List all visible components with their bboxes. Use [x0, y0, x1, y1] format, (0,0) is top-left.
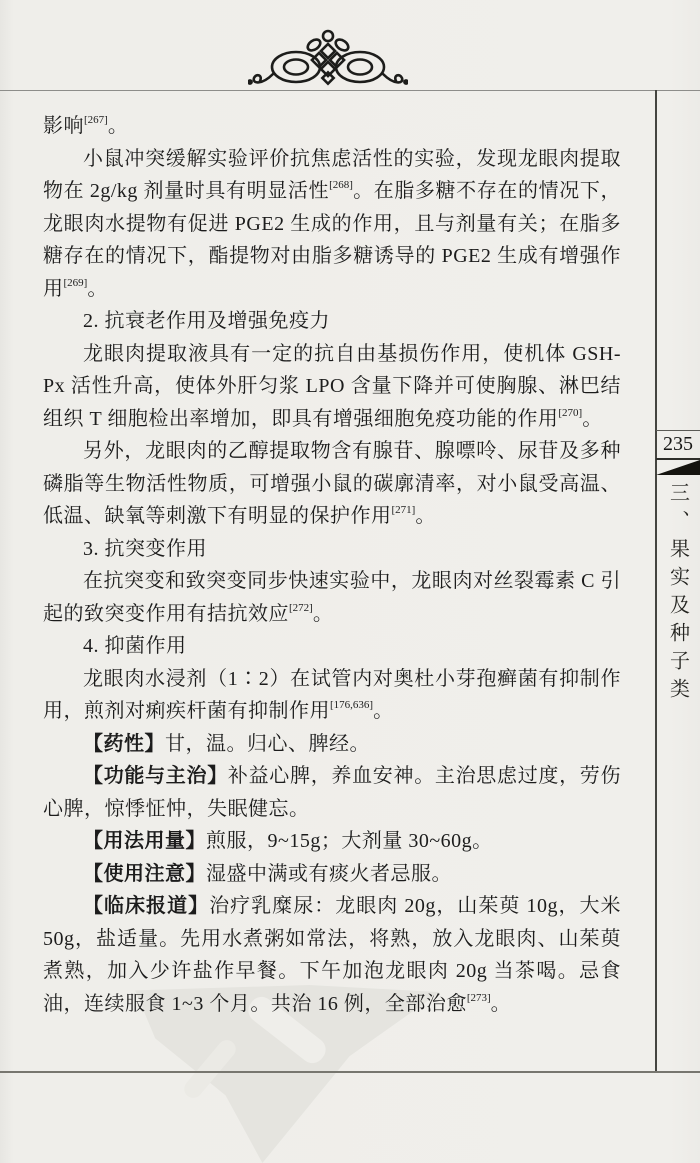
bottom-rule [0, 1071, 700, 1073]
text-run: 。 [582, 408, 603, 430]
text-block-paragraph: 在抗突变和致突变同步快速实验中，龙眼肉对丝裂霉素 C 引起的致突变作用有拮抗效应… [43, 565, 621, 630]
text-run: 。 [108, 115, 129, 137]
entry-label: 【使用注意】 [83, 863, 206, 885]
text-block-entry: 【使用注意】湿盛中满或有痰火者忌服。 [43, 858, 621, 891]
fleuron-ornament-icon [248, 28, 408, 90]
text-run: 2. 抗衰老作用及增强免疫力 [83, 310, 330, 332]
reference-superscript: [271] [392, 504, 416, 516]
text-run: 另外，龙眼肉的乙醇提取物含有腺苷、腺嘌呤、尿苷及多种磷脂等生物活性物质，可增强小… [43, 440, 621, 527]
text-run: 煎服，9~15g；大剂量 30~60g。 [206, 830, 493, 852]
text-block-entry: 【临床报道】治疗乳糜尿：龙眼肉 20g，山茱萸 10g，大米 50g，盐适量。先… [43, 890, 621, 1020]
entry-label: 【临床报道】 [83, 895, 209, 917]
reference-superscript: [270] [558, 407, 582, 419]
chapter-wedge-icon [656, 460, 700, 476]
reference-superscript: [268] [329, 179, 353, 191]
text-block-heading: 2. 抗衰老作用及增强免疫力 [43, 305, 621, 338]
text-run: 。 [313, 603, 334, 625]
text-block-paragraph: 龙眼肉提取液具有一定的抗自由基损伤作用，使机体 GSH-Px 活性升高，使体外肝… [43, 338, 621, 436]
reference-superscript: [269] [64, 277, 88, 289]
text-run: 。 [491, 993, 512, 1015]
text-run: 4. 抑菌作用 [83, 635, 187, 657]
text-block-paragraph: 小鼠冲突缓解实验评价抗焦虑活性的实验，发现龙眼肉提取物在 2g/kg 剂量时具有… [43, 143, 621, 306]
text-run: 3. 抗突变作用 [83, 538, 207, 560]
text-block-paragraph: 另外，龙眼肉的乙醇提取物含有腺苷、腺嘌呤、尿苷及多种磷脂等生物活性物质，可增强小… [43, 435, 621, 533]
text-run: 湿盛中满或有痰火者忌服。 [206, 863, 452, 885]
page-body: 影响[267]。小鼠冲突缓解实验评价抗焦虑活性的实验，发现龙眼肉提取物在 2g/… [43, 110, 621, 1020]
text-run: 甘，温。归心、脾经。 [165, 733, 370, 755]
chapter-title-vertical: 三、果实及种子类 [664, 482, 693, 706]
page-number-box: 235 [656, 430, 700, 460]
entry-label: 【药性】 [83, 733, 165, 755]
book-page: 影响[267]。小鼠冲突缓解实验评价抗焦虑活性的实验，发现龙眼肉提取物在 2g/… [0, 0, 700, 1163]
text-block-continuation: 影响[267]。 [43, 110, 621, 143]
page-sidebar: 235 三、果实及种子类 [656, 90, 700, 1073]
reference-superscript: [267] [84, 114, 108, 126]
text-block-heading: 3. 抗突变作用 [43, 533, 621, 566]
entry-label: 【用法用量】 [83, 830, 206, 852]
top-rule [0, 90, 700, 91]
text-run: 。 [415, 505, 436, 527]
reference-superscript: [176,636] [330, 699, 373, 711]
entry-label: 【功能与主治】 [83, 765, 228, 787]
page-number: 235 [663, 433, 693, 455]
text-block-entry: 【药性】甘，温。归心、脾经。 [43, 728, 621, 761]
text-run: 影响 [43, 115, 84, 137]
text-run: 。 [87, 278, 108, 300]
fleuron-svg [248, 28, 408, 90]
text-run: 。 [373, 700, 394, 722]
text-block-heading: 4. 抑菌作用 [43, 630, 621, 663]
text-block-entry: 【功能与主治】补益心脾，养血安神。主治思虑过度，劳伤心脾，惊悸怔忡，失眠健忘。 [43, 760, 621, 825]
reference-superscript: [272] [289, 602, 313, 614]
text-block-paragraph: 龙眼肉水浸剂（1∶2）在试管内对奥杜小芽孢癣菌有抑制作用，煎剂对痢疾杆菌有抑制作… [43, 663, 621, 728]
text-run: 龙眼肉提取液具有一定的抗自由基损伤作用，使机体 GSH-Px 活性升高，使体外肝… [43, 343, 621, 430]
reference-superscript: [273] [467, 992, 491, 1004]
text-block-entry: 【用法用量】煎服，9~15g；大剂量 30~60g。 [43, 825, 621, 858]
text-run: 龙眼肉水浸剂（1∶2）在试管内对奥杜小芽孢癣菌有抑制作用，煎剂对痢疾杆菌有抑制作… [43, 668, 621, 723]
